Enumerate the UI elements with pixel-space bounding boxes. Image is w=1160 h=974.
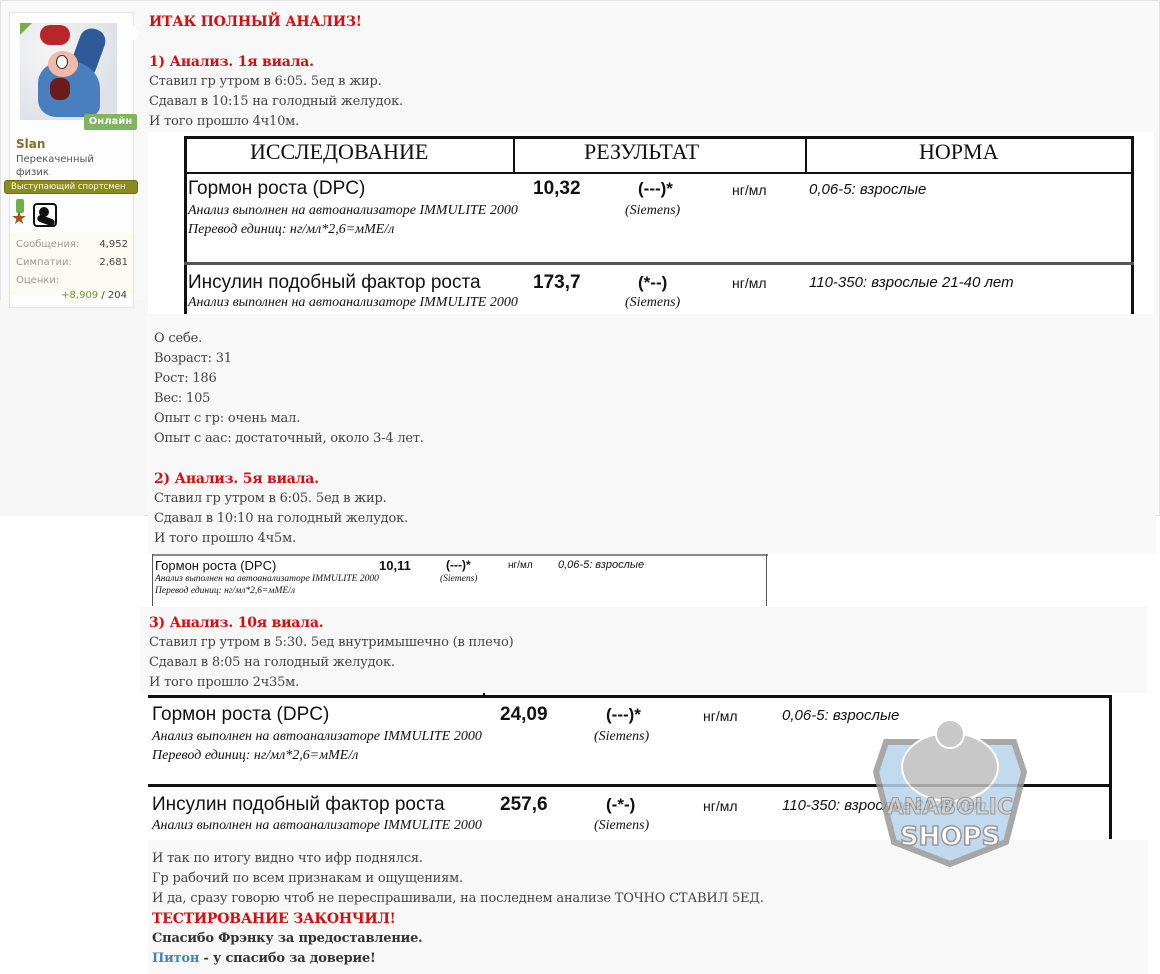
anabolic-shops-logo: ANABOLIC SHOPS xyxy=(866,712,1034,867)
test-note: (Siemens) xyxy=(625,203,680,219)
test-norm: 0,06-5: взрослые xyxy=(809,181,926,198)
test-value: 10,32 xyxy=(533,178,581,200)
test-unit: нг/мл xyxy=(732,275,767,291)
section1-line: И того прошло 4ч10м. xyxy=(149,112,299,132)
section2-line: Ставил гр утром в 6:05. 5ед в жир. xyxy=(154,489,387,509)
about-line: Вес: 105 xyxy=(154,389,210,409)
stat-ratings: Оценки: xyxy=(16,275,128,289)
test-flag: (*--) xyxy=(638,273,667,293)
test-name: Гормон роста (DPC) xyxy=(152,704,329,726)
test-note: Анализ выполнен на автоанализаторе IMMUL… xyxy=(152,818,482,834)
stat-likes: Симпатии: 2,681 xyxy=(16,257,128,271)
test-note: Анализ выполнен на автоанализаторе IMMUL… xyxy=(155,574,379,584)
lab-report-2: Гормон роста (DPC) 10,11 (---)* нг/мл 0,… xyxy=(152,554,768,606)
header-result: РЕЗУЛЬТАТ xyxy=(584,139,699,165)
test-note: Перевод единиц: нг/мл*2,6=мМЕ/л xyxy=(188,222,394,238)
test-value: 10,11 xyxy=(379,558,411,573)
about-line: Возраст: 31 xyxy=(154,349,232,369)
test-unit: нг/мл xyxy=(703,798,738,814)
rating-value[interactable]: +8,909 / 204 xyxy=(61,290,127,301)
section2-title: 2) Анализ. 5я виала. xyxy=(154,469,319,489)
user-title: Перекаченный физик xyxy=(16,153,126,179)
test-note: Анализ выполнен на автоанализаторе IMMUL… xyxy=(188,295,518,311)
test-value: 257,6 xyxy=(500,794,548,816)
section1-title: 1) Анализ. 1я виала. xyxy=(149,52,314,72)
test-name: Гормон роста (DPC) xyxy=(188,178,365,200)
online-badge: Онлайн xyxy=(84,114,137,130)
sidebar-background xyxy=(0,300,145,516)
about-line: О себе. xyxy=(154,329,202,349)
section1-line: Ставил гр утром в 6:05. 5ед в жир. xyxy=(149,72,382,92)
test-value: 24,09 xyxy=(500,704,548,726)
test-unit: нг/мл xyxy=(732,182,767,198)
test-value: 173,7 xyxy=(533,272,581,294)
avatar[interactable] xyxy=(20,23,117,120)
messages-count[interactable]: 4,952 xyxy=(99,239,128,250)
section3-line: Сдавал в 8:05 на голодный желудок. xyxy=(149,653,395,673)
test-name: Инсулин подобный фактор роста xyxy=(152,794,445,816)
section3-title: 3) Анализ. 10я виала. xyxy=(149,613,323,633)
header-norm: НОРМА xyxy=(919,139,998,165)
test-note: Перевод единиц: нг/мл*2,6=мМЕ/л xyxy=(152,748,358,764)
about-line: Опыт с аас: достаточный, около 3-4 лет. xyxy=(154,429,424,449)
lab-report-1: ИССЛЕДОВАНИЕ РЕЗУЛЬТАТ НОРМА Гормон рост… xyxy=(148,132,1154,314)
svg-text:ANABOLIC: ANABOLIC xyxy=(887,795,1013,820)
likes-count[interactable]: 2,681 xyxy=(99,257,128,268)
test-name: Гормон роста (DPC) xyxy=(155,558,276,573)
test-unit: нг/мл xyxy=(508,560,533,571)
section2-line: И того прошло 4ч5м. xyxy=(154,529,296,549)
test-name: Инсулин подобный фактор роста xyxy=(188,272,481,294)
test-flag: (-*-) xyxy=(606,795,635,815)
test-note: Анализ выполнен на автоанализаторе IMMUL… xyxy=(188,203,518,219)
stat-messages: Сообщения: 4,952 xyxy=(16,239,128,253)
section3-line: И того прошло 2ч35м. xyxy=(149,673,299,693)
user-stats: Сообщения: 4,952 Симпатии: 2,681 Оценки:… xyxy=(10,233,133,295)
section3-line: Ставил гр утром в 5:30. 5ед внутримышечн… xyxy=(149,633,513,653)
rank-banner: Выступающий спортсмен xyxy=(4,180,138,194)
test-norm: 0,06-5: взрослые xyxy=(558,559,644,571)
test-note: (Siemens) xyxy=(625,295,680,311)
about-line: Опыт с гр: очень мал. xyxy=(154,409,300,429)
test-flag: (---)* xyxy=(638,179,673,199)
testing-done: ТЕСТИРОВАНИЕ ЗАКОНЧИЛ! xyxy=(152,909,396,929)
medal-icon[interactable]: ★ xyxy=(13,199,27,231)
test-note: (Siemens) xyxy=(594,729,649,745)
section1-line: Сдавал в 10:15 на голодный желудок. xyxy=(149,92,403,112)
svg-text:SHOPS: SHOPS xyxy=(900,822,1000,852)
section2-line: Сдавал в 10:10 на голодный желудок. xyxy=(154,509,408,529)
about-line: Рост: 186 xyxy=(154,369,217,389)
thanks-line: Питон - у спасибо за доверие! xyxy=(152,949,376,969)
test-note: (Siemens) xyxy=(594,818,649,834)
test-unit: нг/мл xyxy=(703,708,738,724)
post-heading: ИТАК ПОЛНЫЙ АНАЛИЗ! xyxy=(149,12,362,32)
conclusion-line: Гр рабочий по всем признакам и ощущениям… xyxy=(152,869,463,889)
test-flag: (---)* xyxy=(606,705,641,725)
test-norm: 110-350: взрослые 21-40 лет xyxy=(809,274,1014,291)
username-link[interactable]: Slan xyxy=(16,137,45,151)
test-flag: (---)* xyxy=(446,558,471,572)
test-note: (Siemens) xyxy=(440,574,477,584)
user-mention-link[interactable]: Питон xyxy=(152,951,199,966)
trophy-icon[interactable] xyxy=(33,203,57,227)
thanks-line: Спасибо Фрэнку за предоставление. xyxy=(152,929,422,949)
conclusion-line: И да, сразу говорю чтоб не переспрашивал… xyxy=(152,889,764,909)
conclusion-line: И так по итогу видно что ифр поднялся. xyxy=(152,849,423,869)
header-study: ИССЛЕДОВАНИЕ xyxy=(250,139,428,165)
test-note: Перевод единиц: нг/мл*2,6=мМЕ/л xyxy=(155,586,295,596)
test-note: Анализ выполнен на автоанализаторе IMMUL… xyxy=(152,729,482,745)
